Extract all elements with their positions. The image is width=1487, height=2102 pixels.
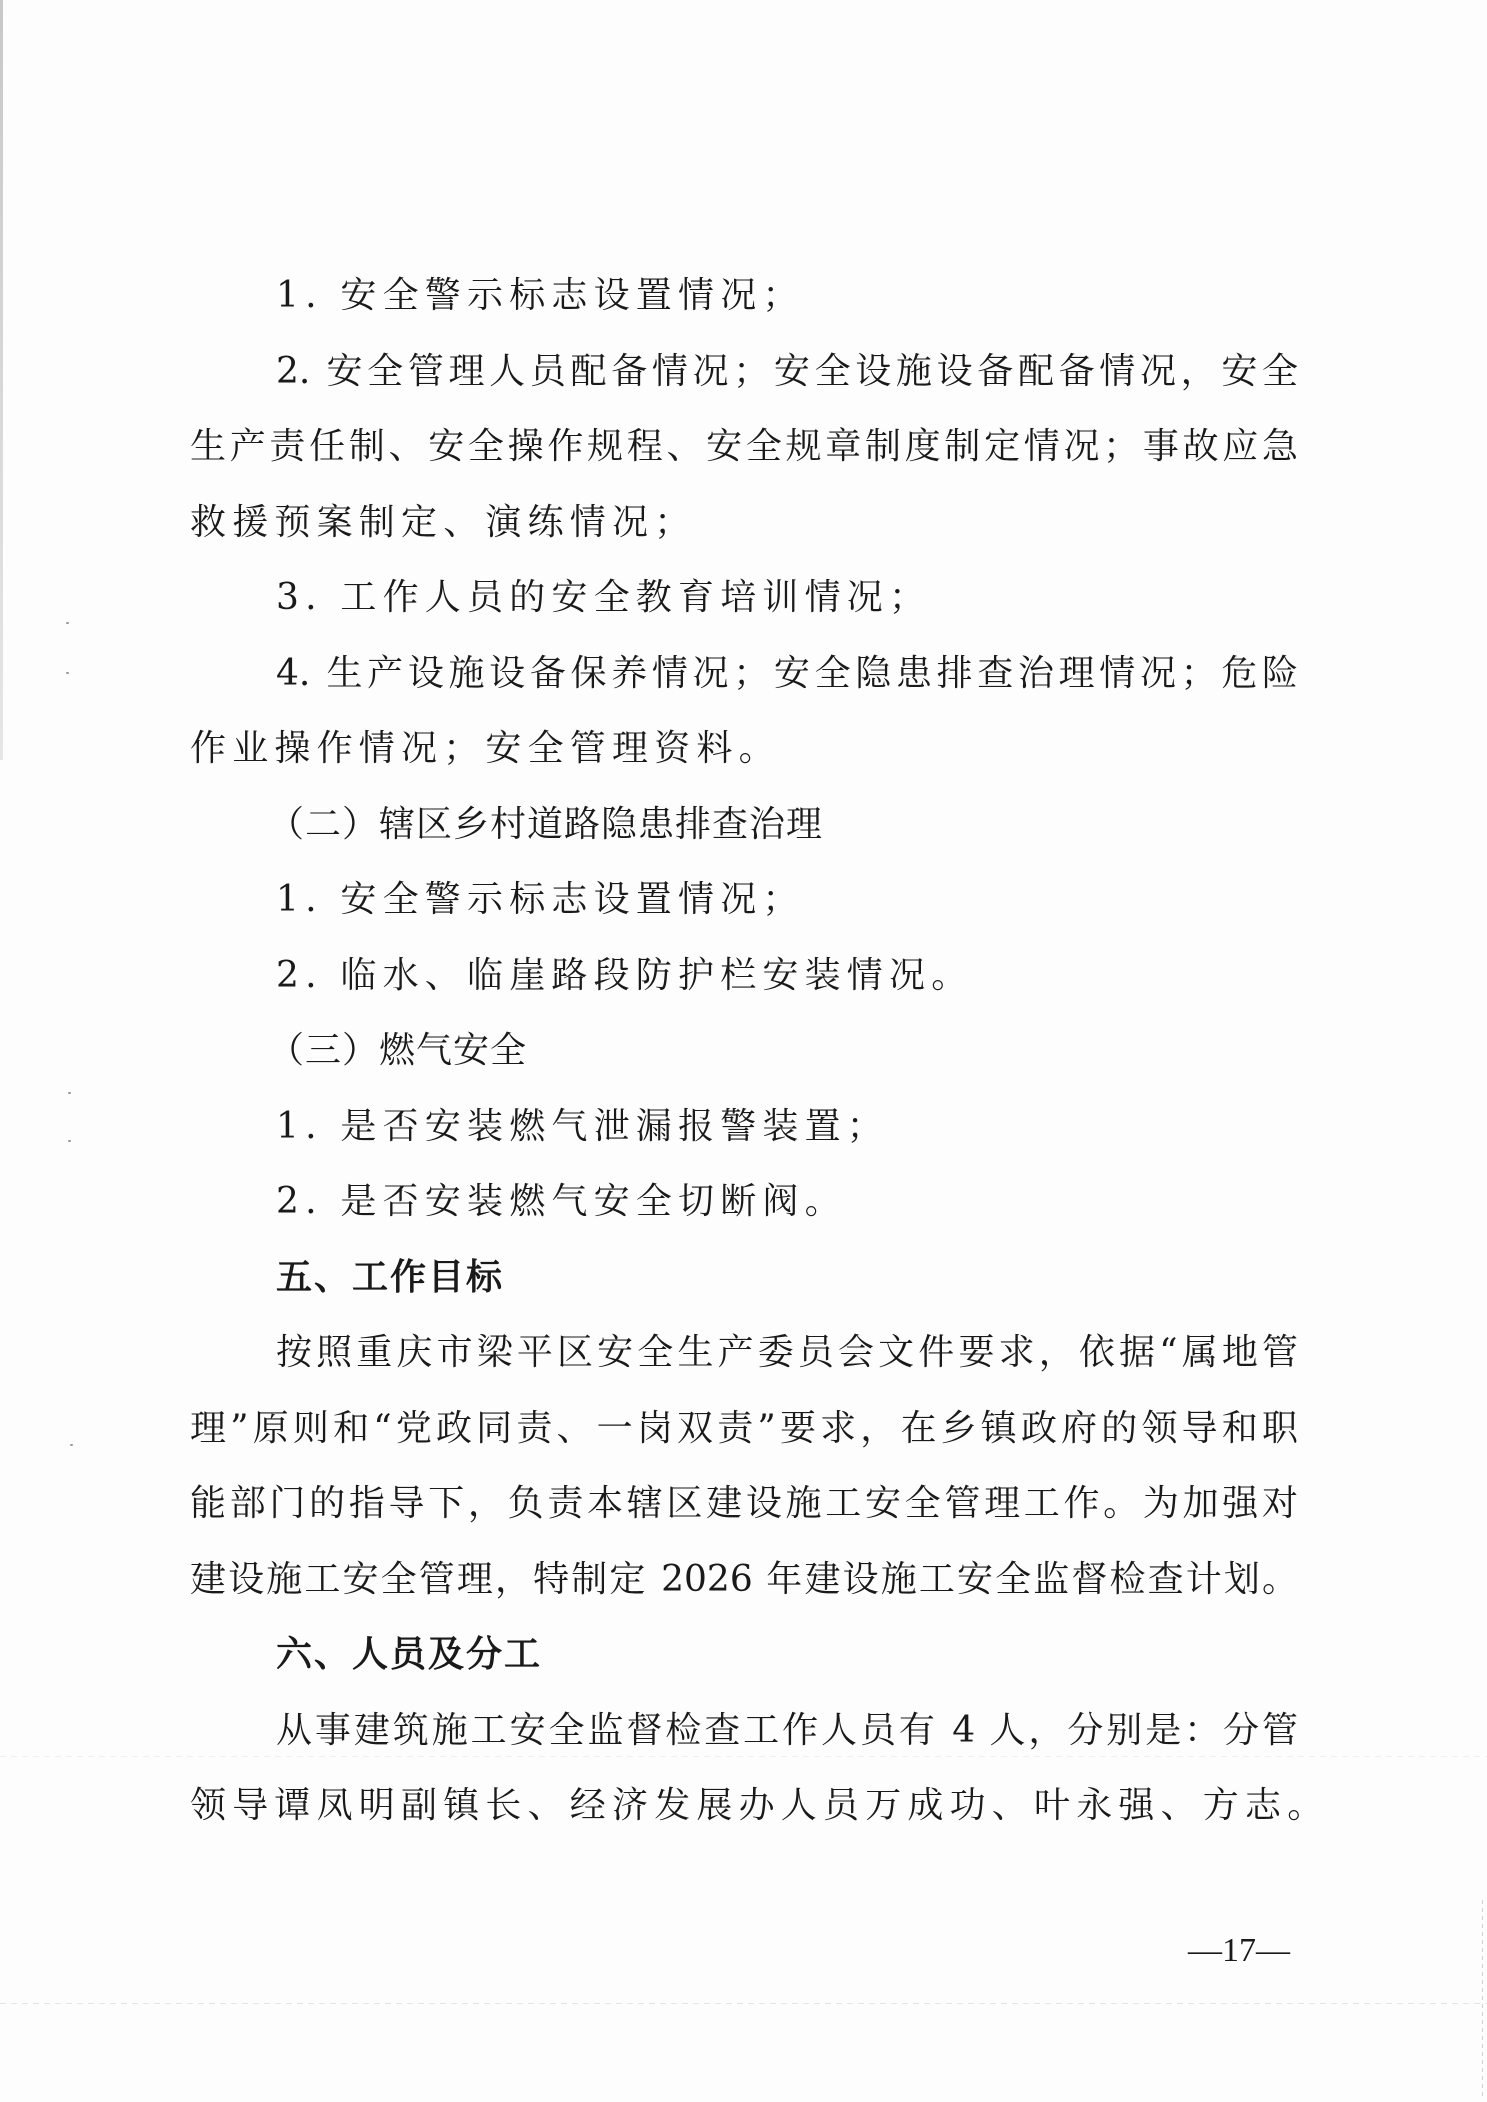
document-page: 1. 安全警示标志设置情况； 2. 安全管理人员配备情况；安全设施设备配备情况，…: [0, 0, 1487, 2102]
list-item: 4. 生产设施设备保养情况；安全隐患排查治理情况；危险: [190, 636, 1298, 712]
list-item: 1. 是否安装燃气泄漏报警装置；: [190, 1089, 1298, 1165]
paragraph-line: 作业操作情况；安全管理资料。: [190, 711, 1298, 787]
paragraph-line: 按照重庆市梁平区安全生产委员会文件要求，依据“属地管: [190, 1315, 1298, 1391]
scan-artifact-line: [0, 1756, 1487, 1757]
section-heading: 五、工作目标: [190, 1240, 1298, 1316]
list-item: 1. 安全警示标志设置情况；: [190, 258, 1298, 334]
document-body: 1. 安全警示标志设置情况； 2. 安全管理人员配备情况；安全设施设备配备情况，…: [190, 258, 1298, 1844]
paragraph-line: 领导谭凤明副镇长、经济发展办人员万成功、叶永强、方志。: [190, 1768, 1298, 1844]
scan-speck: [66, 622, 69, 624]
scan-speck: [66, 672, 69, 674]
scan-artifact-line: [0, 2003, 1487, 2004]
scan-speck: [70, 1444, 73, 1446]
paragraph-line: 建设施工安全管理，特制定 2026 年建设施工安全监督检查计划。: [190, 1542, 1298, 1618]
list-item: 3. 工作人员的安全教育培训情况；: [190, 560, 1298, 636]
section-heading: 六、人员及分工: [190, 1617, 1298, 1693]
paragraph-line: 能部门的指导下，负责本辖区建设施工安全管理工作。为加强对: [190, 1466, 1298, 1542]
section-subheading: （三）燃气安全: [190, 1013, 1298, 1089]
page-number: —17—: [1188, 1932, 1290, 1970]
list-item: 1. 安全警示标志设置情况；: [190, 862, 1298, 938]
scan-speck: [68, 1092, 71, 1094]
paragraph-line: 理”原则和“党政同责、一岗双责”要求，在乡镇政府的领导和职: [190, 1391, 1298, 1467]
section-subheading: （二）辖区乡村道路隐患排查治理: [190, 787, 1298, 863]
scan-edge: [0, 0, 3, 760]
list-item: 2. 临水、临崖路段防护栏安装情况。: [190, 938, 1298, 1014]
list-item: 2. 是否安装燃气安全切断阀。: [190, 1164, 1298, 1240]
list-item: 2. 安全管理人员配备情况；安全设施设备配备情况，安全: [190, 334, 1298, 410]
scan-speck: [68, 1140, 71, 1142]
paragraph-line: 救援预案制定、演练情况；: [190, 485, 1298, 561]
paragraph-line: 生产责任制、安全操作规程、安全规章制度制定情况；事故应急: [190, 409, 1298, 485]
scan-edge: [1482, 1900, 1483, 2100]
